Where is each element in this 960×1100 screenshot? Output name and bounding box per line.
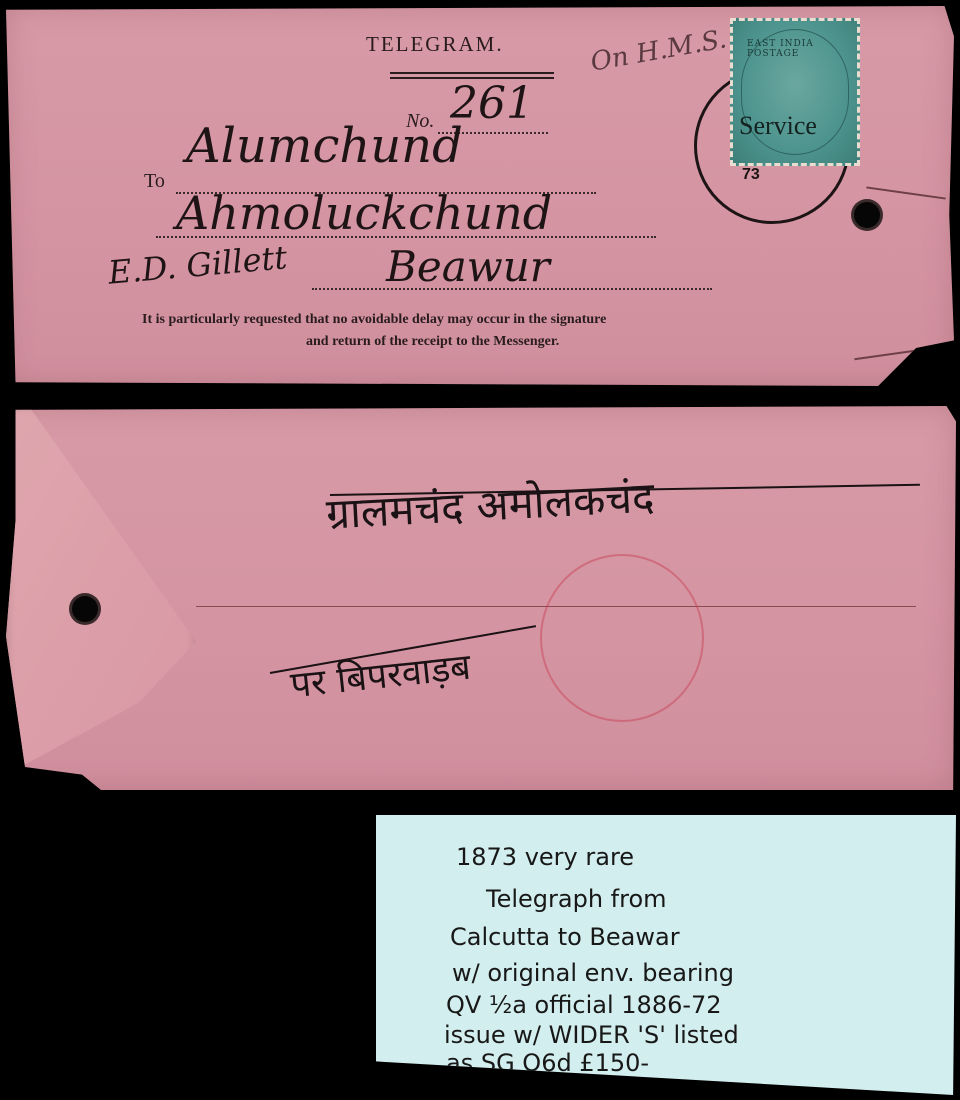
postage-stamp: EAST INDIA POSTAGE Service [730,18,860,166]
form-title: TELEGRAM. [366,32,504,57]
note-line: QV ½a official 1886-72 [446,991,722,1019]
note-line: w/ original env. bearing [452,959,734,987]
destination: Beawur [386,242,550,291]
clerk-signature: E.D. Gillett [107,238,289,291]
envelope-back [6,406,956,790]
recipient-line-1: Alumchund [186,118,463,174]
receiving-postmark [540,554,704,722]
note-line: issue w/ WIDER 'S' listed [444,1021,739,1049]
to-label: To [144,170,165,193]
notice-line-1: It is particularly requested that no avo… [142,312,606,328]
envelope-flap [6,406,196,786]
punch-hole [854,202,880,228]
address-dotted-line-3 [312,288,712,290]
paper-tear [854,346,943,361]
stamp-inscription: EAST INDIA POSTAGE [747,39,857,59]
address-dotted-line-2 [156,236,656,238]
notice-line-2: and return of the receipt to the Messeng… [306,334,559,350]
official-annotation: On H.M.S. [588,24,728,77]
punch-hole [72,596,98,622]
note-line: 1873 very rare [456,843,634,871]
note-line: as SG O6d £150- [446,1049,649,1077]
paper-tear [866,186,945,199]
recipient-line-2: Ahmoluckchund [176,186,552,240]
envelope-front: TELEGRAM. On H.M.S. No. 261 To Alumchund… [6,6,954,386]
postmark-year: 73 [742,166,760,184]
note-line: Calcutta to Beawar [450,923,680,951]
note-line: Telegraph from [486,885,667,913]
dealer-note-card: 1873 very rare Telegraph from Calcutta t… [376,815,956,1095]
stamp-overprint: Service [739,111,817,141]
